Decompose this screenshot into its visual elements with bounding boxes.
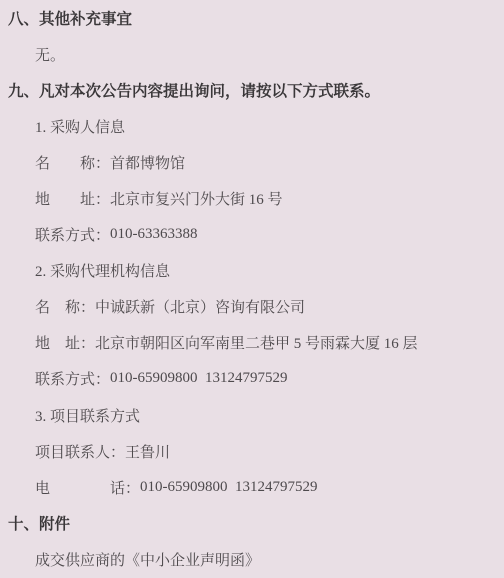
purchaser-name-label: 名 称： (35, 152, 110, 173)
agency-address-label: 地 址： (35, 332, 95, 353)
agency-info-title-text: 2. 采购代理机构信息 (35, 260, 170, 281)
section-9-heading: 九、凡对本次公告内容提出询问，请按以下方式联系。 (0, 72, 504, 108)
agency-info-title: 2. 采购代理机构信息 (0, 253, 504, 289)
project-person-value: 王鲁川 (125, 441, 170, 462)
section-8-number: 八、 (8, 7, 39, 29)
purchaser-contact-row: 联系方式：010-63363388 (0, 217, 504, 253)
purchaser-info-title-text: 1. 采购人信息 (35, 116, 125, 137)
project-phone-value: 010-65909800 13124797529 (140, 479, 318, 496)
agency-contact-row: 联系方式：010-65909800 13124797529 (0, 361, 504, 397)
project-contact-title-text: 3. 项目联系方式 (35, 405, 140, 426)
agency-name-row: 名 称：中诚跃新（北京）咨询有限公司 (0, 289, 504, 325)
section-9-number: 九、 (8, 79, 39, 101)
section-10-heading: 十、附件 (0, 505, 504, 541)
project-phone-row: 电 话：010-65909800 13124797529 (0, 469, 504, 505)
section-8-body: 无。 (0, 36, 504, 72)
purchaser-name-value: 首都博物馆 (110, 152, 185, 173)
purchaser-address-value: 北京市复兴门外大街 16 号 (110, 188, 283, 209)
section-10-body: 成交供应商的《中小企业声明函》 (0, 541, 504, 577)
agency-name-value: 中诚跃新（北京）咨询有限公司 (95, 296, 305, 317)
agency-contact-label: 联系方式： (35, 368, 110, 389)
section-8-body-text: 无。 (35, 44, 65, 65)
agency-name-label: 名 称： (35, 296, 95, 317)
purchaser-name-row: 名 称：首都博物馆 (0, 144, 504, 180)
purchaser-contact-label: 联系方式： (35, 224, 110, 245)
agency-address-value: 北京市朝阳区向军南里二巷甲 5 号雨霖大厦 16 层 (95, 332, 418, 353)
section-8-heading: 八、其他补充事宜 (0, 0, 504, 36)
purchaser-info-title: 1. 采购人信息 (0, 108, 504, 144)
section-8-title: 其他补充事宜 (39, 7, 132, 29)
project-person-label: 项目联系人： (35, 441, 125, 462)
agency-address-row: 地 址：北京市朝阳区向军南里二巷甲 5 号雨霖大厦 16 层 (0, 325, 504, 361)
purchaser-address-label: 地 址： (35, 188, 110, 209)
section-10-title: 附件 (39, 512, 70, 534)
agency-contact-value: 010-65909800 13124797529 (110, 370, 288, 387)
attachment-text: 成交供应商的《中小企业声明函》 (35, 549, 260, 570)
project-phone-label: 电 话： (35, 477, 140, 498)
purchaser-contact-value: 010-63363388 (110, 226, 198, 243)
project-contact-title: 3. 项目联系方式 (0, 397, 504, 433)
procurement-announcement-document: 八、其他补充事宜 无。 九、凡对本次公告内容提出询问，请按以下方式联系。 1. … (0, 0, 504, 578)
section-9-title: 凡对本次公告内容提出询问，请按以下方式联系。 (39, 79, 380, 101)
project-person-row: 项目联系人：王鲁川 (0, 433, 504, 469)
purchaser-address-row: 地 址：北京市复兴门外大街 16 号 (0, 180, 504, 216)
section-10-number: 十、 (8, 512, 39, 534)
